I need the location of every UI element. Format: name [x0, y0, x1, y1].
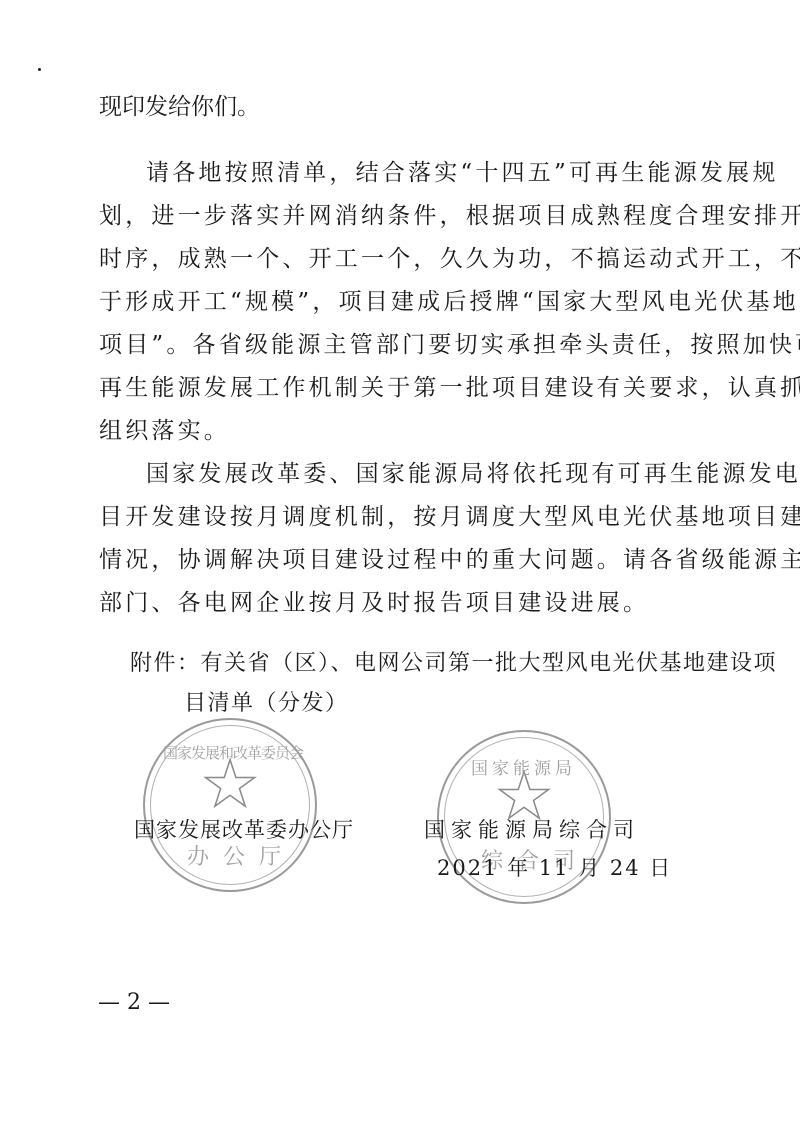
- paragraph-1-line-4: 于形成开工“规模”，项目建成后授牌“国家大型风电光伏基地: [99, 283, 799, 316]
- signature-right-org: 国家能源局综合司: [424, 814, 640, 844]
- signature-left-org: 国家发展改革委办公厅: [134, 814, 354, 844]
- paragraph-1-line-1: 请各地按照清单，结合落实“十四五”可再生能源发展规: [146, 154, 779, 187]
- paragraph-2-line-4: 部门、各电网企业按月及时报告项目建设进展。: [99, 584, 649, 617]
- right-seal-arc-text: 国家能源局: [471, 754, 576, 779]
- paragraph-1-line-2: 划，进一步落实并网消纳条件，根据项目成熟程度合理安排开工: [99, 197, 800, 230]
- attachment-line-1: 附件：有关省（区）、电网公司第一批大型风电光伏基地建设项: [130, 646, 777, 677]
- paragraph-1-line-7: 组织落实。: [99, 412, 230, 445]
- paragraph-2-line-1: 国家发展改革委、国家能源局将依托现有可再生能源发电项: [146, 455, 800, 488]
- signature-date: 2021 年 11 月 24 日: [437, 852, 672, 882]
- scan-speck: [38, 68, 41, 71]
- attachment-line-2: 目清单（分发）: [184, 686, 349, 717]
- left-seal-bottom-text: 办公厅: [187, 840, 295, 871]
- opening-line: 现印发给你们。: [99, 88, 260, 121]
- left-seal-arc-text: 国家发展和改革委员会: [163, 742, 303, 763]
- left-official-seal: ★ 国家发展和改革委员会 办公厅: [143, 718, 317, 892]
- paragraph-1-line-6: 再生能源发展工作机制关于第一批项目建设有关要求，认真抓好: [99, 369, 800, 402]
- paragraph-1-line-3: 时序，成熟一个、开工一个，久久为功，不搞运动式开工，不急: [99, 240, 800, 273]
- paragraph-2-line-3: 情况，协调解决项目建设过程中的重大问题。请各省级能源主管: [99, 541, 800, 574]
- page-number: — 2 —: [98, 990, 170, 1015]
- seal-star-icon: ★: [201, 753, 258, 817]
- paragraph-2-line-2: 目开发建设按月调度机制，按月调度大型风电光伏基地项目建设: [99, 498, 800, 531]
- paragraph-1-line-5: 项目”。各省级能源主管部门要切实承担牵头责任，按照加快可: [99, 326, 800, 359]
